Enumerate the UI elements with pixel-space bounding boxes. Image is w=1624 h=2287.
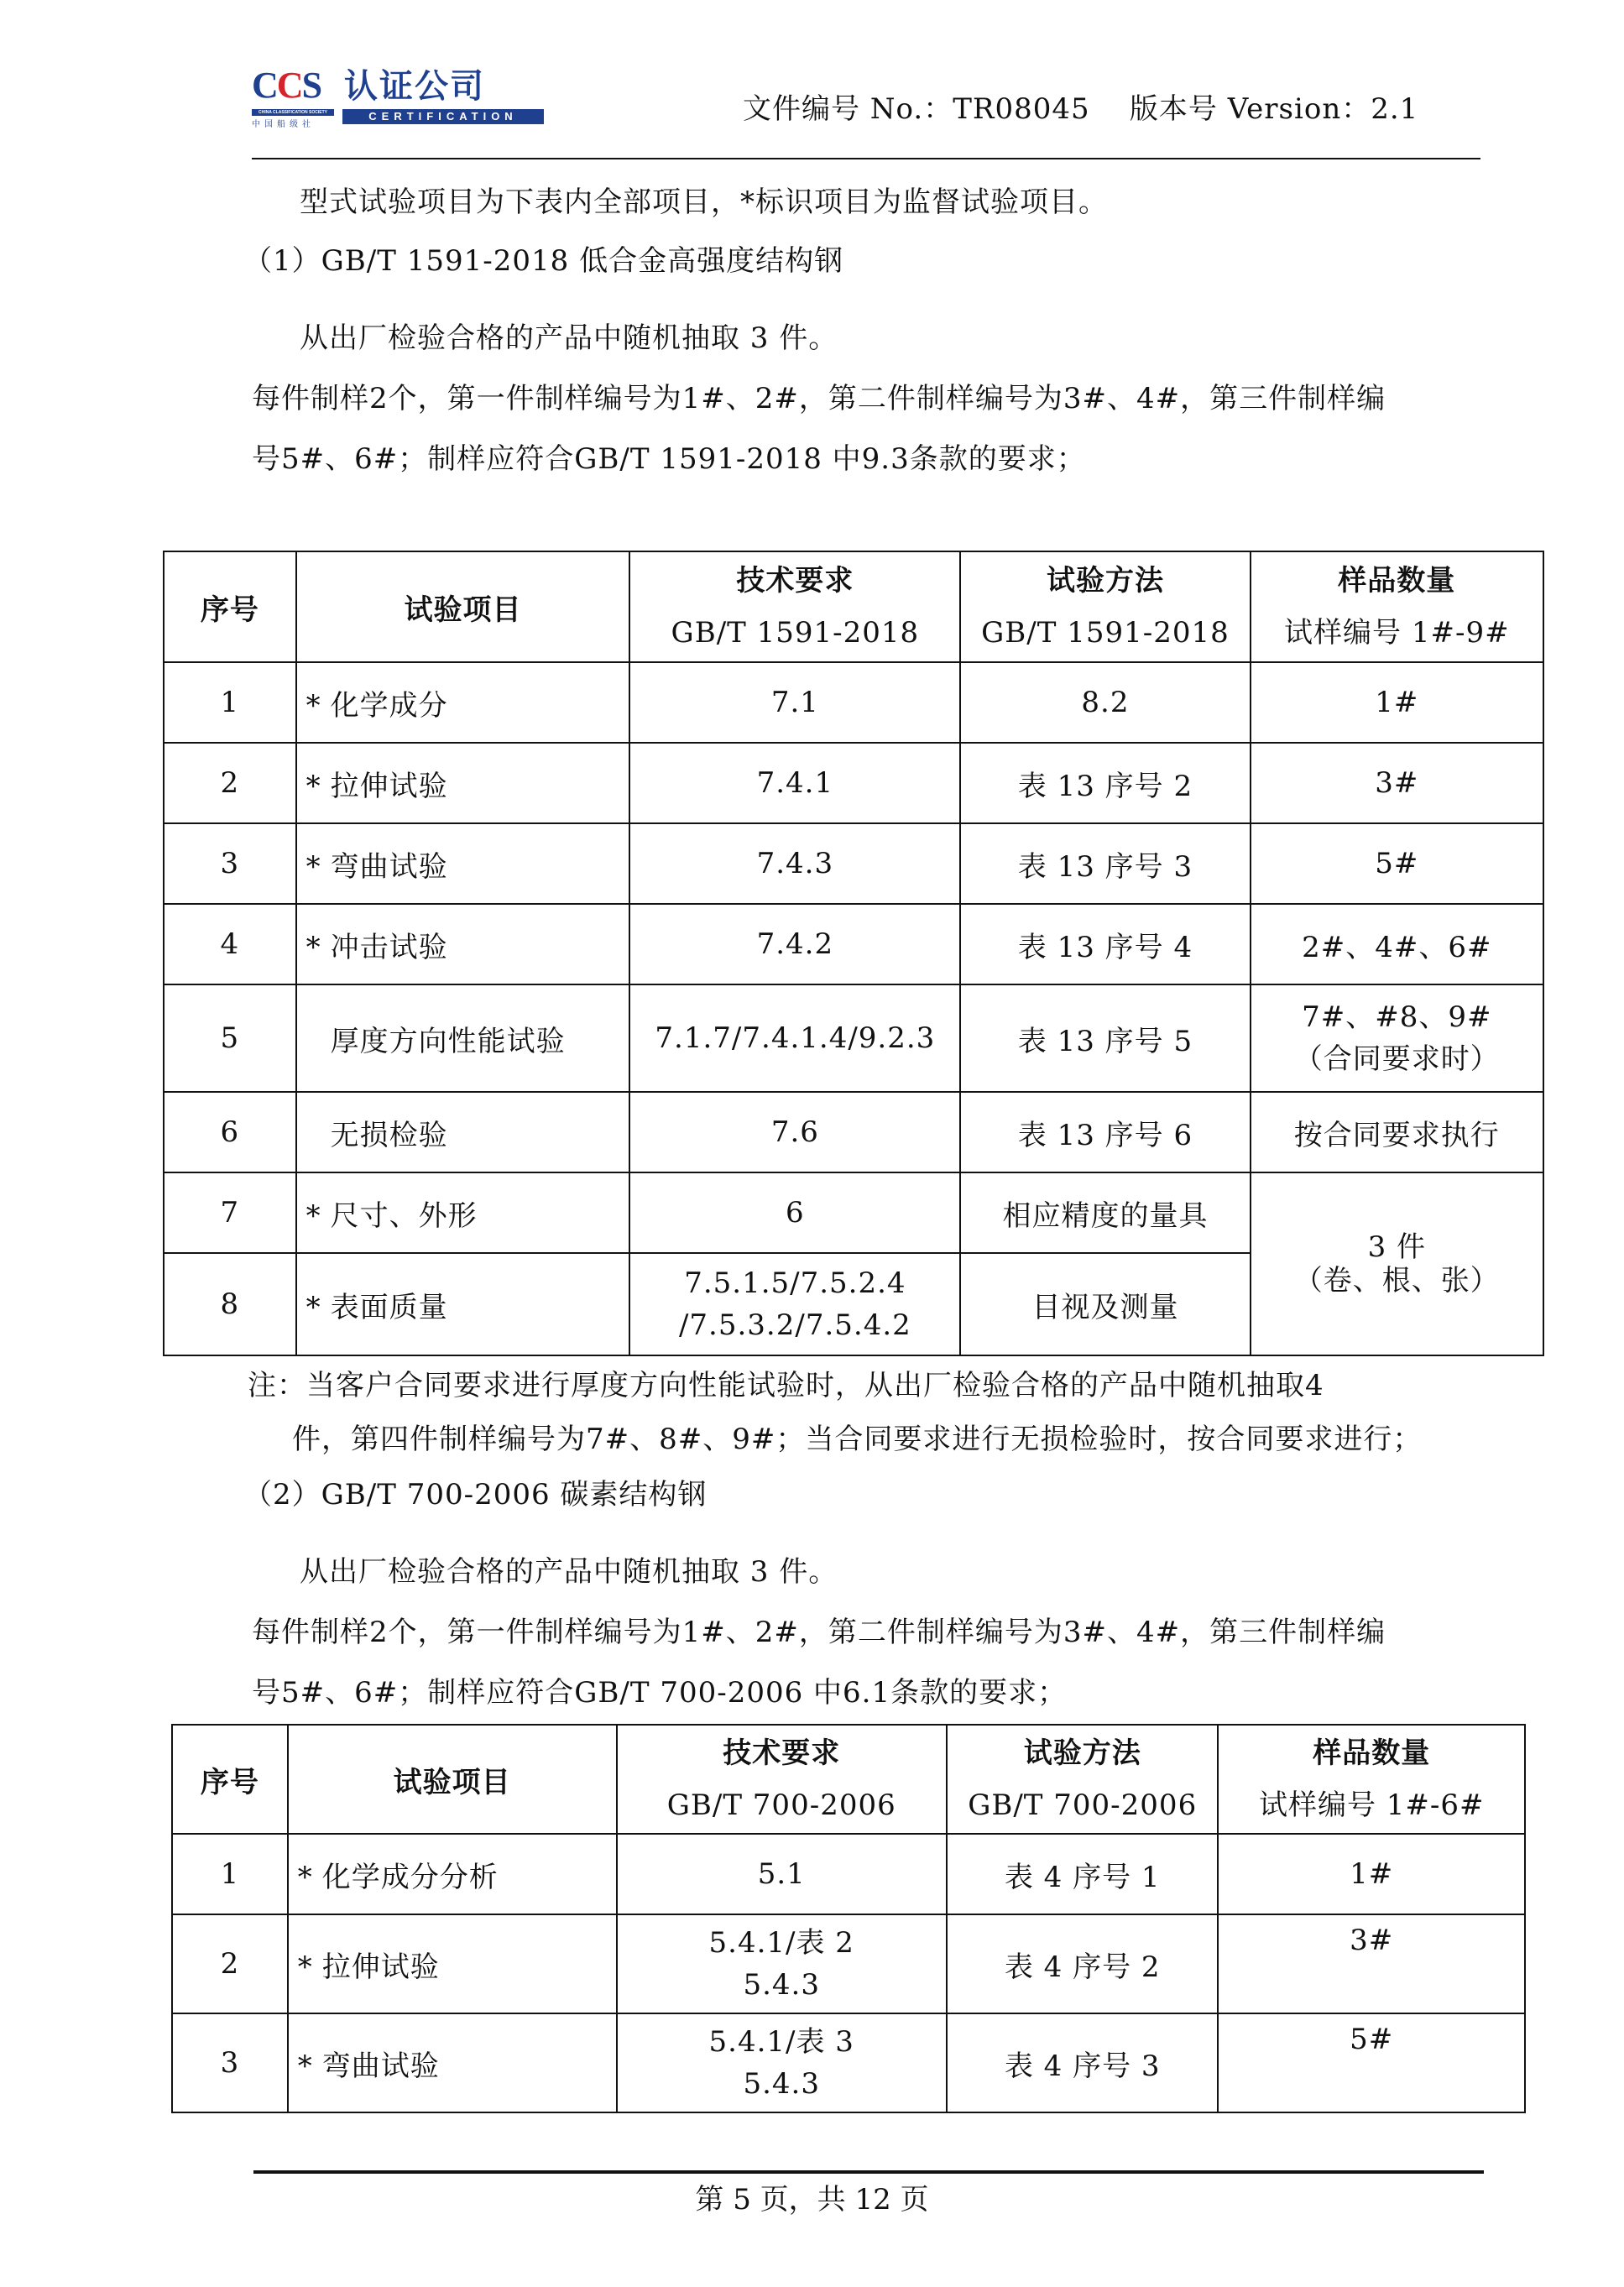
col-header-samples: 样品数量试样编号 1#-9# (1251, 551, 1543, 662)
ccs-certification-logo: CCS CHINA CLASSIFICATION SOCIETY 中国船级社 认… (252, 67, 544, 128)
col-header-method: 试验方法GB/T 1591-2018 (960, 551, 1250, 662)
section2-prep-line1: 每件制样2个，第一件制样编号为1#、2#，第二件制样编号为3#、4#，第三件制样… (252, 1611, 1386, 1653)
merged-sample-cell: 3 件（卷、根、张） (1251, 1172, 1543, 1355)
version-number: 2.1 (1371, 92, 1418, 126)
table-row: 1 *化学成分 7.1 8.2 1# (164, 662, 1543, 743)
col-header-item: 试验项目 (296, 551, 630, 662)
table-row: 2 *拉伸试验 5.4.1/表 25.4.3 表 4 序号 2 3# (172, 1914, 1525, 2013)
table-row: 3 *弯曲试验 5.4.1/表 35.4.3 表 4 序号 3 5# (172, 2013, 1525, 2112)
section2-title: （2）GB/T 700-2006 碳素结构钢 (243, 1474, 707, 1516)
col-header-item: 试验项目 (288, 1725, 617, 1834)
section1-prep-line1: 每件制样2个，第一件制样编号为1#、2#，第二件制样编号为3#、4#，第三件制样… (252, 378, 1386, 420)
col-header-tech-req: 技术要求GB/T 1591-2018 (629, 551, 960, 662)
col-header-no: 序号 (172, 1725, 288, 1834)
certification-label: CERTIFICATION (342, 109, 544, 124)
footer-divider (253, 2170, 1484, 2174)
header-divider (252, 158, 1480, 159)
table-row: 1 *化学成分分析 5.1 表 4 序号 1 1# (172, 1834, 1525, 1914)
doc-number-label: 文件编号 No.： (743, 92, 953, 126)
table-header-row: 序号 试验项目 技术要求GB/T 1591-2018 试验方法GB/T 1591… (164, 551, 1543, 662)
col-header-tech-req: 技术要求GB/T 700-2006 (617, 1725, 947, 1834)
table-row: 3 *弯曲试验 7.4.3 表 13 序号 3 5# (164, 823, 1543, 904)
table-row: 2 *拉伸试验 7.4.1 表 13 序号 2 3# (164, 743, 1543, 823)
section1-sampling: 从出厂检验合格的产品中随机抽取 3 件。 (300, 317, 838, 359)
table-row: 6 无损检验 7.6 表 13 序号 6 按合同要求执行 (164, 1092, 1543, 1172)
section2-prep-line2: 号5#、6#；制样应符合GB/T 700-2006 中6.1条款的要求； (252, 1672, 1067, 1714)
society-en-label: CHINA CLASSIFICATION SOCIETY (252, 109, 334, 116)
section1-note-line2: 件，第四件制样编号为7#、8#、9#；当合同要求进行无损检验时，按合同要求进行； (292, 1418, 1422, 1460)
gbt1591-test-table: 序号 试验项目 技术要求GB/T 1591-2018 试验方法GB/T 1591… (163, 551, 1544, 1356)
ccs-wordmark: CCS (252, 67, 321, 104)
section1-note-line1: 注：当客户合同要求进行厚度方向性能试验时，从出厂检验合格的产品中随机抽取4 (248, 1365, 1324, 1407)
gbt700-test-table: 序号 试验项目 技术要求GB/T 700-2006 试验方法GB/T 700-2… (171, 1724, 1526, 2113)
intro-text: 型式试验项目为下表内全部项目，*标识项目为监督试验项目。 (300, 181, 1108, 223)
table-row: 7 *尺寸、外形 6 相应精度的量具 3 件（卷、根、张） (164, 1172, 1543, 1253)
doc-number: TR08045 (953, 92, 1089, 126)
company-cn-name: 认证公司 (344, 67, 485, 106)
version-label: 版本号 Version： (1130, 92, 1371, 126)
section1-prep-line2: 号5#、6#；制样应符合GB/T 1591-2018 中9.3条款的要求； (252, 438, 1086, 480)
col-header-method: 试验方法GB/T 700-2006 (947, 1725, 1219, 1834)
table-row: 4 *冲击试验 7.4.2 表 13 序号 4 2#、4#、6# (164, 904, 1543, 984)
society-cn-label: 中国船级社 (252, 117, 315, 129)
section1-title: （1）GB/T 1591-2018 低合金高强度结构钢 (243, 240, 843, 282)
document-meta: 文件编号 No.：TR08045 版本号 Version：2.1 (743, 87, 1418, 131)
col-header-no: 序号 (164, 551, 296, 662)
section2-sampling: 从出厂检验合格的产品中随机抽取 3 件。 (300, 1551, 838, 1593)
page-number: 第 5 页，共 12 页 (0, 2179, 1624, 2221)
table-header-row: 序号 试验项目 技术要求GB/T 700-2006 试验方法GB/T 700-2… (172, 1725, 1525, 1834)
col-header-samples: 样品数量试样编号 1#-6# (1218, 1725, 1525, 1834)
table-row: 5 厚度方向性能试验 7.1.7/7.4.1.4/9.2.3 表 13 序号 5… (164, 984, 1543, 1092)
